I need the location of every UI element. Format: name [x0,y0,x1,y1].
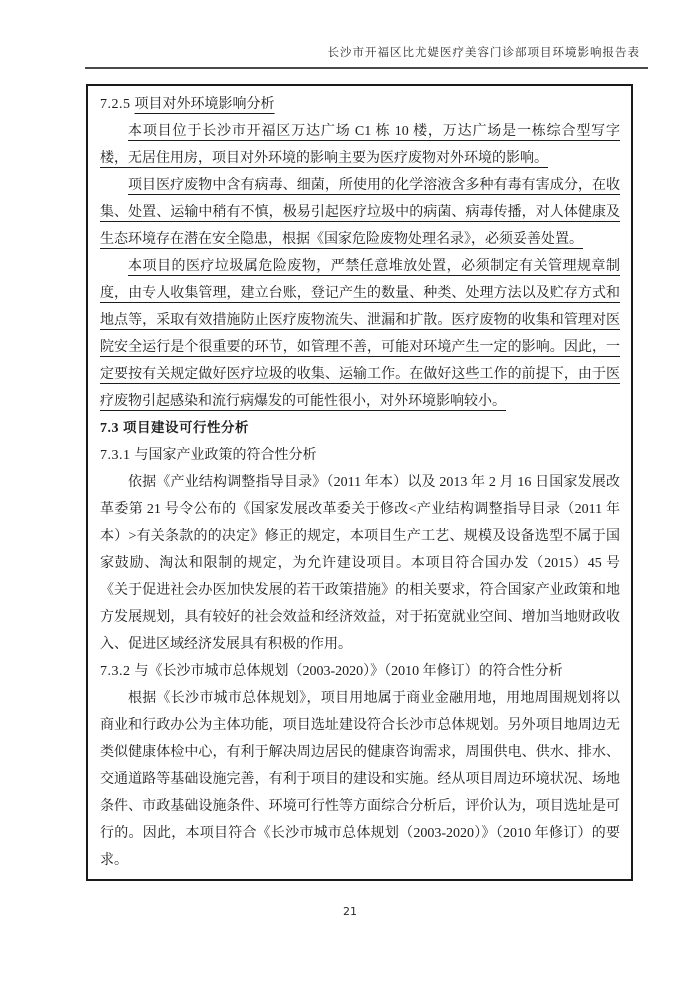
report-content-frame: 7.2.5 项目对外环境影响分析本项目位于长沙市开福区万达广场 C1 栋 10 … [86,84,633,881]
section-title: 项目建设可行性分析 [123,420,249,436]
paragraph: 依据《产业结构调整指导目录》（2011 年本）以及 2013 年 2 月 16 … [100,469,620,658]
section-number: 7.3.2 [100,664,135,679]
section-title: 与《长沙市城市总体规划（2003-2020）》（2010 年修订）的符合性分析 [135,664,563,679]
paragraph: 根据《长沙市城市总体规划》，项目用地属于商业金融用地，用地周围规划将以商业和行政… [100,685,620,874]
paragraph: 本项目的医疗垃圾属危险废物，严禁任意堆放处置，必须制定有关管理规章制度，由专人收… [100,253,620,415]
section-title: 项目对外环境影响分析 [135,97,275,112]
section-number: 7.3 [100,421,123,436]
report-page: { "header": { "title": "长沙市开福区比尤媞医疗美容门诊部… [0,0,700,989]
section-heading: 7.3.1 与国家产业政策的符合性分析 [100,442,620,469]
document-body: 7.2.5 项目对外环境影响分析本项目位于长沙市开福区万达广场 C1 栋 10 … [100,91,620,874]
section-title: 与国家产业政策的符合性分析 [135,448,317,463]
paragraph: 本项目位于长沙市开福区万达广场 C1 栋 10 楼，万达广场是一栋综合型写字楼，… [100,118,620,172]
section-number: 7.3.1 [100,448,135,463]
running-header-title: 长沙市开福区比尤媞医疗美容门诊部项目环境影响报告表 [85,44,640,60]
section-number: 7.2.5 [100,97,135,112]
section-heading: 7.2.5 项目对外环境影响分析 [100,91,620,118]
section-heading: 7.3.2 与《长沙市城市总体规划（2003-2020）》（2010 年修订）的… [100,658,620,685]
paragraph: 项目医疗废物中含有病毒、细菌，所使用的化学溶液含多种有毒有害成分，在收集、处置、… [100,172,620,253]
section-heading: 7.3 项目建设可行性分析 [100,415,620,442]
header-rule [85,67,648,69]
page-number: 21 [0,905,700,918]
